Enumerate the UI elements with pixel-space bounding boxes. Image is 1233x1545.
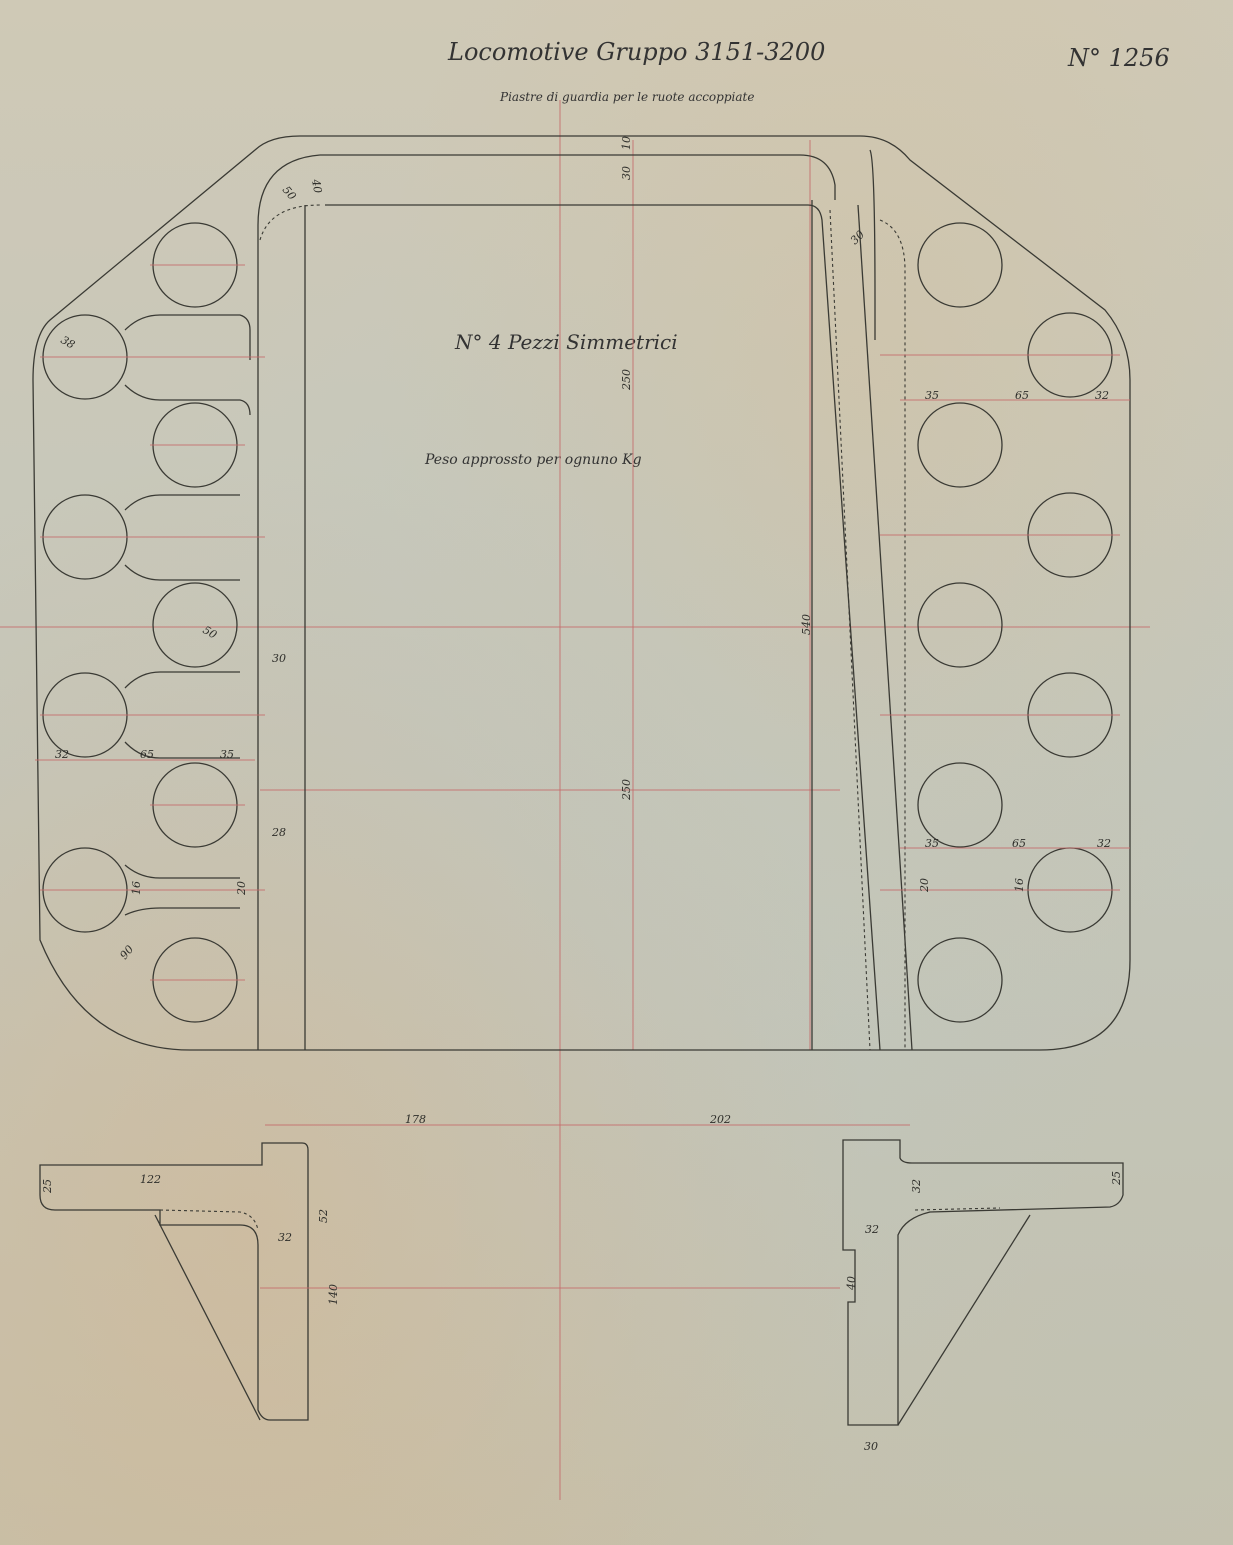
svg-text:32: 32 bbox=[1097, 837, 1111, 850]
svg-text:32: 32 bbox=[1095, 389, 1109, 402]
plan-view bbox=[33, 136, 1130, 1050]
svg-text:35: 35 bbox=[925, 837, 939, 850]
svg-text:65: 65 bbox=[1015, 389, 1029, 402]
svg-text:35: 35 bbox=[220, 748, 234, 761]
svg-text:122: 122 bbox=[140, 1173, 161, 1186]
svg-text:25: 25 bbox=[1110, 1171, 1123, 1186]
svg-text:30: 30 bbox=[848, 228, 867, 247]
svg-text:32: 32 bbox=[278, 1231, 292, 1244]
svg-text:250: 250 bbox=[620, 369, 633, 391]
svg-text:65: 65 bbox=[1012, 837, 1026, 850]
svg-text:32: 32 bbox=[865, 1223, 879, 1236]
svg-text:540: 540 bbox=[800, 614, 813, 635]
svg-text:65: 65 bbox=[140, 748, 154, 761]
svg-text:250: 250 bbox=[620, 779, 633, 801]
svg-text:52: 52 bbox=[317, 1209, 330, 1223]
svg-text:35: 35 bbox=[925, 389, 939, 402]
svg-text:50: 50 bbox=[201, 623, 220, 641]
technical-drawing: 10 30 250 250 540 50 40 30 38 50 30 28 3… bbox=[0, 0, 1233, 1545]
svg-text:32: 32 bbox=[55, 748, 69, 761]
svg-text:28: 28 bbox=[271, 826, 286, 839]
svg-text:30: 30 bbox=[272, 652, 286, 665]
svg-text:30: 30 bbox=[620, 166, 633, 180]
svg-text:178: 178 bbox=[405, 1113, 426, 1126]
svg-text:30: 30 bbox=[864, 1440, 878, 1453]
svg-text:140: 140 bbox=[327, 1284, 340, 1305]
svg-text:20: 20 bbox=[235, 881, 248, 896]
left-section bbox=[40, 1125, 910, 1420]
svg-text:10: 10 bbox=[620, 136, 633, 150]
svg-text:32: 32 bbox=[910, 1179, 923, 1193]
svg-text:202: 202 bbox=[709, 1113, 731, 1126]
right-section bbox=[843, 1140, 1123, 1425]
svg-text:40: 40 bbox=[309, 177, 324, 194]
svg-text:40: 40 bbox=[845, 1276, 858, 1291]
svg-text:25: 25 bbox=[41, 1179, 54, 1194]
centre-lines bbox=[0, 100, 1150, 1500]
svg-text:50: 50 bbox=[280, 184, 299, 203]
drawing-sheet: Locomotive Gruppo 3151-3200 Piastre di g… bbox=[0, 0, 1233, 1545]
svg-text:16: 16 bbox=[130, 881, 143, 895]
svg-text:90: 90 bbox=[117, 943, 136, 962]
right-holes bbox=[880, 223, 1130, 1022]
dimension-labels: 10 30 250 250 540 50 40 30 38 50 30 28 3… bbox=[41, 136, 1123, 1453]
svg-text:20: 20 bbox=[918, 878, 931, 893]
svg-text:38: 38 bbox=[59, 333, 78, 351]
svg-text:16: 16 bbox=[1013, 878, 1026, 892]
